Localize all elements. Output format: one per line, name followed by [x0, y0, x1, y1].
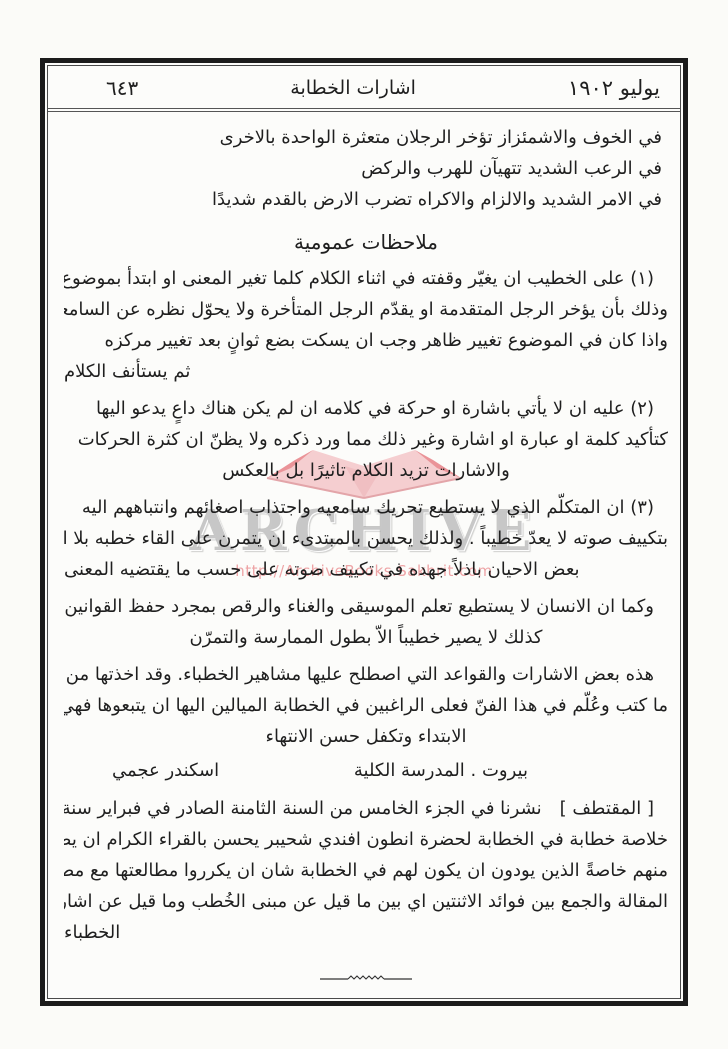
header-rule [48, 108, 680, 112]
body-line: ما كتب وعُلّم في هذا الفنّ فعلى الراغبين… [64, 690, 668, 721]
paragraph-4: وكما ان الانسان لا يستطيع تعلم الموسيقى … [64, 591, 668, 653]
body-line: خلاصة خطابة في الخطابة لحضرة انطون افندي… [64, 824, 668, 855]
body-line: (٢) عليه ان لا يأتي باشارة او حركة في كل… [64, 393, 668, 424]
body-line: [ المقتطف ]نشرنا في الجزء الخامس من السن… [64, 793, 668, 824]
intro-line: في الامر الشديد والالزام والاكراه تضرب ا… [124, 184, 662, 215]
page-content: يوليو ١٩٠٢ اشارات الخطابة ٦٤٣ في الخوف و… [48, 66, 680, 984]
body-line: واذا كان في الموضوع تغيير ظاهر وجب ان يس… [64, 325, 668, 356]
source-label: [ المقتطف ] [560, 798, 654, 819]
article-title: اشارات الخطابة [290, 77, 416, 99]
intro-line: في الرعب الشديد تتهيآن للهرب والركض [124, 153, 662, 184]
body-line: (١) على الخطيب ان يغيّر وقفته في اثناء ا… [64, 263, 668, 294]
page-inner-border: ARCHIVE http://ArchiveBooks.Sakhrit.com … [47, 65, 681, 999]
signature-place: بيروت . المدرسة الكلية [354, 754, 528, 787]
body-line: المقالة والجمع بين فوائد الاثنتين اي بين… [64, 886, 668, 917]
body-line: (٣) ان المتكلّم الذي لا يستطيع تحريك سام… [64, 492, 668, 523]
body-line: كتأكيد كلمة او عبارة او اشارة وغير ذلك م… [64, 424, 668, 455]
body-line: منهم خاصةً الذين يودون ان يكون لهم في ال… [64, 855, 668, 886]
body-line: الابتداء وتكفل حسن الانتهاء [64, 721, 668, 752]
paragraph-5: هذه بعض الاشارات والقواعد التي اصطلح علي… [64, 659, 668, 752]
paragraph-3: (٣) ان المتكلّم الذي لا يستطيع تحريك سام… [64, 492, 668, 585]
body-line: كذلك لا يصير خطيباً الاّ بطول الممارسة و… [64, 622, 668, 653]
signature-row: بيروت . المدرسة الكلية اسكندر عجمي [64, 754, 668, 787]
intro-list: في الخوف والاشمئزاز تؤخر الرجلان متعثرة … [64, 122, 668, 215]
body-line: بعض الاحيان باذلاً جهده في تكييف صوته عل… [64, 554, 668, 585]
body-line: الخطباء [64, 917, 668, 948]
paragraph-1: (١) على الخطيب ان يغيّر وقفته في اثناء ا… [64, 263, 668, 387]
paragraph-6: [ المقتطف ]نشرنا في الجزء الخامس من السن… [64, 793, 668, 948]
body-line: ثم يستأنف الكلام [64, 356, 668, 387]
body-line: وكما ان الانسان لا يستطيع تعلم الموسيقى … [64, 591, 668, 622]
section-heading: ملاحظات عمومية [64, 227, 668, 257]
divider-squiggle [318, 974, 414, 984]
body-line: وذلك بأن يؤخر الرجل المتقدمة او يقدّم ال… [64, 294, 668, 325]
body-line-text: نشرنا في الجزء الخامس من السنة الثامنة ا… [64, 798, 542, 819]
body-line: هذه بعض الاشارات والقواعد التي اصطلح علي… [64, 659, 668, 690]
intro-line: في الخوف والاشمئزاز تؤخر الرجلان متعثرة … [124, 122, 662, 153]
page-number: ٦٤٣ [64, 76, 138, 100]
signature-name: اسكندر عجمي [112, 754, 219, 787]
page-header: يوليو ١٩٠٢ اشارات الخطابة ٦٤٣ [64, 70, 668, 106]
issue-date: يوليو ١٩٠٢ [568, 76, 668, 100]
body-line: بتكييف صوته لا يعدّ خطيباً . ولذلك يحسن … [64, 523, 668, 554]
body-line: والاشارات تزيد الكلام تاثيرًا بل بالعكس [64, 455, 668, 486]
page-border-frame: ARCHIVE http://ArchiveBooks.Sakhrit.com … [40, 58, 688, 1006]
paragraph-2: (٢) عليه ان لا يأتي باشارة او حركة في كل… [64, 393, 668, 486]
scanned-page: ARCHIVE http://ArchiveBooks.Sakhrit.com … [0, 0, 728, 1049]
